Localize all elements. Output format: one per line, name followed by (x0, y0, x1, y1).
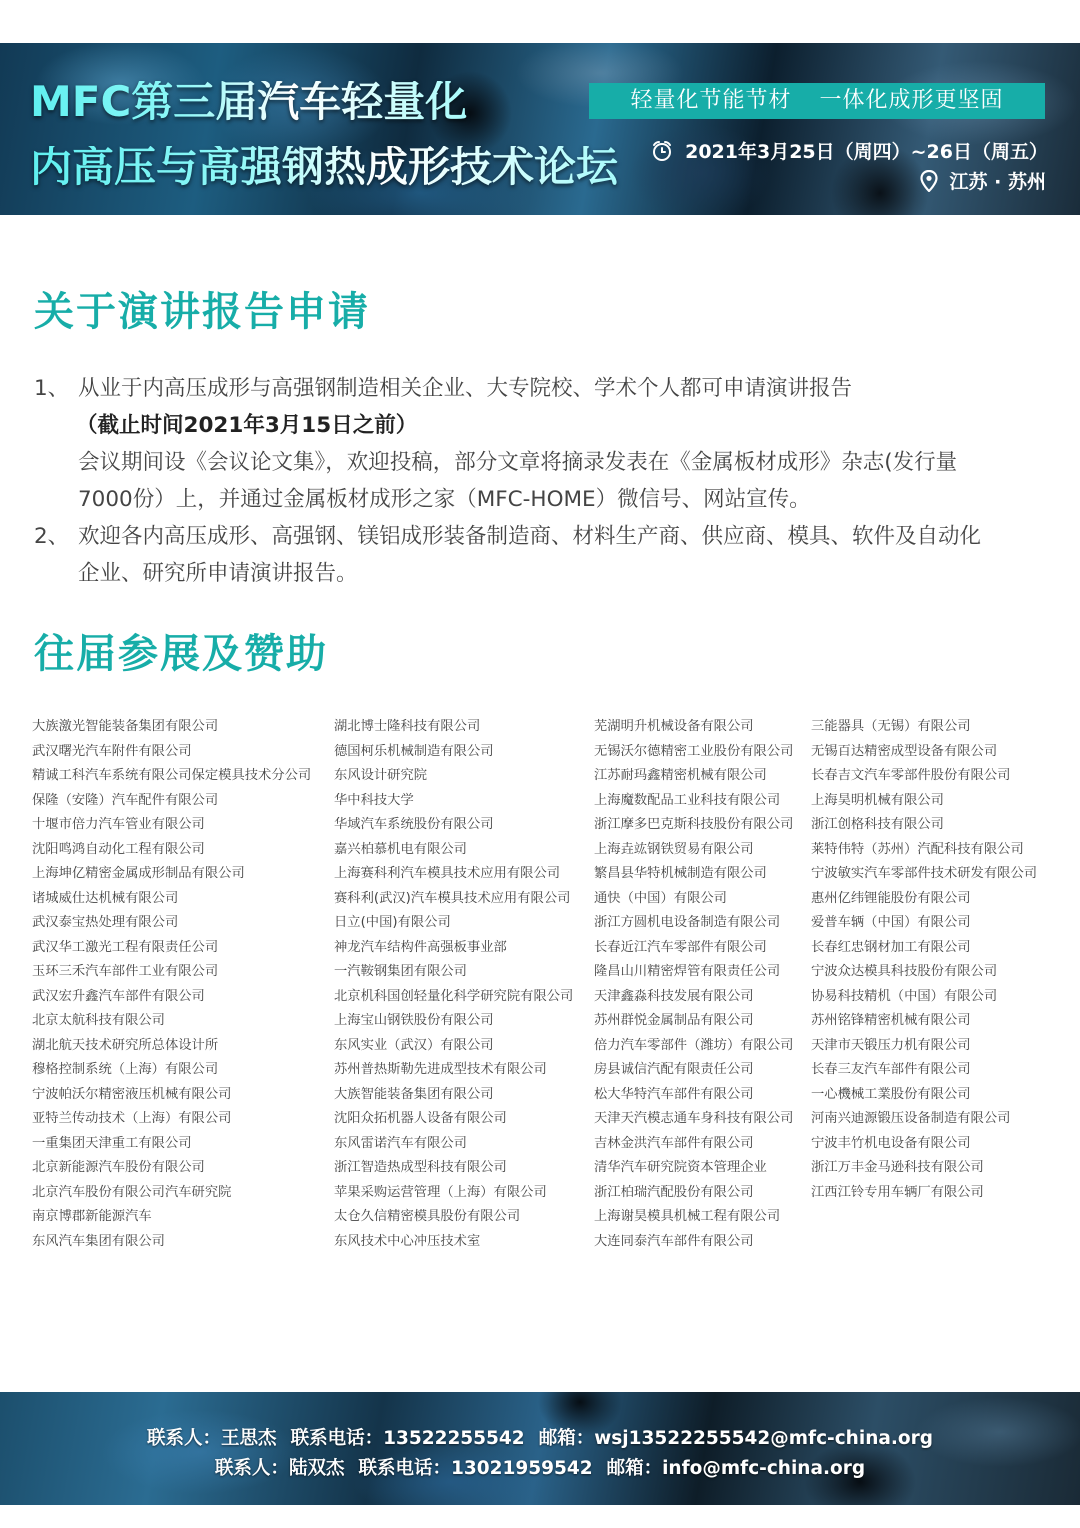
sponsor-company: 赛科利(武汉)汽车模具技术应用有限公司 (334, 887, 573, 912)
sponsor-column-1: 大族激光智能装备集团有限公司武汉曙光汽车附件有限公司精诚工科汽车系统有限公司保定… (32, 715, 311, 1254)
sponsor-company: 一心機械工業股份有限公司 (811, 1083, 1037, 1108)
sponsor-company: 惠州亿纬锂能股份有限公司 (811, 887, 1037, 912)
sponsor-company: 十堰市倍力汽车管业有限公司 (32, 813, 311, 838)
event-date: 2021年3月25日（周四）~26日（周五） (651, 137, 1048, 164)
sponsor-company: 宁波敏实汽车零部件技术研发有限公司 (811, 862, 1037, 887)
sponsor-company: 宁波帕沃尔精密液压机械有限公司 (32, 1083, 311, 1108)
sponsor-company: 倍力汽车零部件（潍坊）有限公司 (594, 1034, 793, 1059)
contact-footer: 联系人：王思杰联系电话：13522255542邮箱：wsj13522255542… (0, 1392, 1080, 1505)
sponsor-company: 东风汽车集团有限公司 (32, 1230, 311, 1255)
deadline-note: （截止时间2021年3月15日之前） (34, 407, 1054, 444)
item-number: 2、 (34, 518, 78, 555)
sponsor-company: 松大华特汽车部件有限公司 (594, 1083, 793, 1108)
sponsor-company: 通快（中国）有限公司 (594, 887, 793, 912)
sponsor-company: 长春三友汽车部件有限公司 (811, 1058, 1037, 1083)
slogan-1: 轻量化节能节材 (630, 83, 791, 119)
sponsor-company: 天津天汽模志通车身科技有限公司 (594, 1107, 793, 1132)
sponsor-company: 北京汽车股份有限公司汽车研究院 (32, 1181, 311, 1206)
sponsor-company: 东风技术中心冲压技术室 (334, 1230, 573, 1255)
sponsor-company: 苹果采购运营管理（上海）有限公司 (334, 1181, 573, 1206)
sponsor-column-4: 三能器具（无锡）有限公司无锡百达精密成型设备有限公司长春吉文汽车零部件股份有限公… (811, 715, 1037, 1205)
speech-item-2: 2、欢迎各内高压成形、高强钢、镁铝成形装备制造商、材料生产商、供应商、模具、软件… (34, 518, 1054, 555)
forum-title-line1: MFC第三届汽车轻量化 (30, 81, 467, 123)
proceedings-note-line2: 7000份）上，并通过金属板材成形之家（MFC-HOME）微信号、网站宣传。 (34, 481, 1054, 518)
sponsor-company: 三能器具（无锡）有限公司 (811, 715, 1037, 740)
sponsor-company: 大族激光智能装备集团有限公司 (32, 715, 311, 740)
contact-line-2: 联系人：陆双杰联系电话：13021959542邮箱：info@mfc-china… (0, 1454, 1080, 1480)
speech-section-title: 关于演讲报告申请 (34, 280, 370, 337)
sponsor-company: 沈阳众拓机器人设备有限公司 (334, 1107, 573, 1132)
sponsor-company: 上海谢昊模具机械工程有限公司 (594, 1205, 793, 1230)
sponsor-company: 玉环三禾汽车部件工业有限公司 (32, 960, 311, 985)
sponsor-company: 大连同泰汽车部件有限公司 (594, 1230, 793, 1255)
sponsor-company: 一重集团天津重工有限公司 (32, 1132, 311, 1157)
sponsor-company: 宁波众达模具科技股份有限公司 (811, 960, 1037, 985)
contact-phone-label: 联系电话： (291, 1428, 384, 1449)
sponsor-company: 繁昌县华特机械制造有限公司 (594, 862, 793, 887)
sponsor-company: 日立(中国)有限公司 (334, 911, 573, 936)
speech-application-info: 1、从业于内高压成形与高强钢制造相关企业、大专院校、学术个人都可申请演讲报告 （… (34, 370, 1054, 592)
sponsor-company: 东风实业（武汉）有限公司 (334, 1034, 573, 1059)
sponsor-company: 武汉曙光汽车附件有限公司 (32, 740, 311, 765)
sponsor-company: 北京机科国创轻量化科学研究院有限公司 (334, 985, 573, 1010)
sponsor-company: 东风雷诺汽车有限公司 (334, 1132, 573, 1157)
sponsor-company: 诸城威仕达机械有限公司 (32, 887, 311, 912)
contact-person-label: 联系人： (147, 1428, 221, 1449)
sponsor-company: 上海宝山钢铁股份有限公司 (334, 1009, 573, 1034)
sponsor-company: 房县诚信汽配有限责任公司 (594, 1058, 793, 1083)
proceedings-note-line1: 会议期间设《会议论文集》，欢迎投稿，部分文章将摘录发表在《金属板材成形》杂志(发… (34, 444, 1054, 481)
sponsor-company: 上海坤亿精密金属成形制品有限公司 (32, 862, 311, 887)
sponsor-company: 苏州群悦金属制品有限公司 (594, 1009, 793, 1034)
sponsor-company: 爱普车辆（中国）有限公司 (811, 911, 1037, 936)
sponsor-company: 隆昌山川精密焊管有限责任公司 (594, 960, 793, 985)
sponsor-company: 上海魔数配品工业科技有限公司 (594, 789, 793, 814)
sponsor-company: 天津鑫淼科技发展有限公司 (594, 985, 793, 1010)
sponsor-company: 亚特兰传动技术（上海）有限公司 (32, 1107, 311, 1132)
sponsor-company: 浙江万丰金马逊科技有限公司 (811, 1156, 1037, 1181)
contact-person-label: 联系人： (215, 1458, 289, 1479)
sponsor-company: 河南兴迪源锻压设备制造有限公司 (811, 1107, 1037, 1132)
sponsor-company: 武汉华工激光工程有限责任公司 (32, 936, 311, 961)
sponsor-company: 武汉泰宝热处理有限公司 (32, 911, 311, 936)
sponsor-company: 一汽鞍钢集团有限公司 (334, 960, 573, 985)
item-number: 1、 (34, 370, 78, 407)
sponsor-company: 浙江柏瑞汽配股份有限公司 (594, 1181, 793, 1206)
sponsor-company: 宁波丰竹机电设备有限公司 (811, 1132, 1037, 1157)
sponsor-company: 浙江创格科技有限公司 (811, 813, 1037, 838)
sponsor-company: 吉林金洪汽车部件有限公司 (594, 1132, 793, 1157)
event-date-text: 2021年3月25日（周四）~26日（周五） (685, 137, 1048, 164)
sponsor-company: 北京新能源汽车股份有限公司 (32, 1156, 311, 1181)
sponsor-column-3: 芜湖明升机械设备有限公司无锡沃尔德精密工业股份有限公司江苏耐玛鑫精密机械有限公司… (594, 715, 793, 1254)
sponsor-company: 南京博郡新能源汽车 (32, 1205, 311, 1230)
contact-email[interactable]: info@mfc-china.org (662, 1458, 865, 1479)
sponsor-company: 嘉兴柏慕机电有限公司 (334, 838, 573, 863)
sponsor-company: 武汉宏升鑫汽车部件有限公司 (32, 985, 311, 1010)
header-banner: MFC第三届汽车轻量化 内高压与高强钢热成形技术论坛 轻量化节能节材 一体化成形… (0, 43, 1080, 215)
sponsors-section-title: 往届参展及赞助 (34, 622, 328, 679)
sponsor-company: 无锡百达精密成型设备有限公司 (811, 740, 1037, 765)
contact-phone: 13522255542 (383, 1428, 525, 1449)
slogan-banner: 轻量化节能节材 一体化成形更坚固 (589, 83, 1045, 119)
sponsor-company: 浙江智造热成型科技有限公司 (334, 1156, 573, 1181)
contact-phone: 13021959542 (451, 1458, 593, 1479)
sponsor-column-2: 湖北博士隆科技有限公司德国柯乐机械制造有限公司东风设计研究院华中科技大学华域汽车… (334, 715, 573, 1254)
contact-person: 王思杰 (221, 1428, 277, 1449)
sponsor-company: 北京太航科技有限公司 (32, 1009, 311, 1034)
sponsor-company: 江苏耐玛鑫精密机械有限公司 (594, 764, 793, 789)
event-location: 江苏 · 苏州 (920, 167, 1046, 194)
sponsor-company: 上海赛科利汽车模具技术应用有限公司 (334, 862, 573, 887)
sponsor-company: 无锡沃尔德精密工业股份有限公司 (594, 740, 793, 765)
sponsor-company: 湖北航天技术研究所总体设计所 (32, 1034, 311, 1059)
sponsor-company: 浙江摩多巴克斯科技股份有限公司 (594, 813, 793, 838)
sponsor-company: 上海垚竑钢铁贸易有限公司 (594, 838, 793, 863)
sponsor-company: 大族智能装备集团有限公司 (334, 1083, 573, 1108)
sponsor-company: 清华汽车研究院资本管理企业 (594, 1156, 793, 1181)
sponsor-company: 浙江方圆机电设备制造有限公司 (594, 911, 793, 936)
sponsor-company: 华中科技大学 (334, 789, 573, 814)
speech-item-2-line2: 企业、研究所申请演讲报告。 (34, 555, 1054, 592)
sponsor-company: 精诚工科汽车系统有限公司保定模具技术分公司 (32, 764, 311, 789)
forum-title-line2: 内高压与高强钢热成形技术论坛 (30, 146, 618, 188)
sponsor-company: 德国柯乐机械制造有限公司 (334, 740, 573, 765)
sponsor-company: 湖北博士隆科技有限公司 (334, 715, 573, 740)
sponsor-company: 上海昊明机械有限公司 (811, 789, 1037, 814)
sponsor-company: 江西江铃专用车辆厂有限公司 (811, 1181, 1037, 1206)
sponsor-company: 长春红忠钢材加工有限公司 (811, 936, 1037, 961)
slogan-2: 一体化成形更坚固 (820, 83, 1004, 119)
sponsor-company: 天津市天锻压力机有限公司 (811, 1034, 1037, 1059)
contact-email-label: 邮箱： (607, 1458, 663, 1479)
sponsor-company: 协易科技精机（中国）有限公司 (811, 985, 1037, 1010)
sponsor-company: 太仓久信精密模具股份有限公司 (334, 1205, 573, 1230)
contact-email-label: 邮箱： (539, 1428, 595, 1449)
sponsor-company: 芜湖明升机械设备有限公司 (594, 715, 793, 740)
sponsor-company: 保隆（安隆）汽车配件有限公司 (32, 789, 311, 814)
speech-item-1: 1、从业于内高压成形与高强钢制造相关企业、大专院校、学术个人都可申请演讲报告 (34, 370, 1054, 407)
clock-icon (651, 140, 673, 162)
contact-person: 陆双杰 (289, 1458, 345, 1479)
contact-line-1: 联系人：王思杰联系电话：13522255542邮箱：wsj13522255542… (0, 1424, 1080, 1450)
sponsor-company: 神龙汽车结构件高强板事业部 (334, 936, 573, 961)
sponsor-company: 东风设计研究院 (334, 764, 573, 789)
sponsor-company: 穆格控制系统（上海）有限公司 (32, 1058, 311, 1083)
sponsor-company: 华域汽车系统股份有限公司 (334, 813, 573, 838)
contact-email[interactable]: wsj13522255542@mfc-china.org (594, 1428, 933, 1449)
sponsor-company: 苏州铭锋精密机械有限公司 (811, 1009, 1037, 1034)
contact-phone-label: 联系电话： (358, 1458, 451, 1479)
sponsor-company: 莱特伟特（苏州）汽配科技有限公司 (811, 838, 1037, 863)
map-pin-icon (920, 170, 938, 192)
sponsor-company: 长春近江汽车零部件有限公司 (594, 936, 793, 961)
item-text: 从业于内高压成形与高强钢制造相关企业、大专院校、学术个人都可申请演讲报告 (78, 376, 852, 401)
sponsor-company: 苏州普热斯勒先进成型技术有限公司 (334, 1058, 573, 1083)
item-text: 欢迎各内高压成形、高强钢、镁铝成形装备制造商、材料生产商、供应商、模具、软件及自… (78, 524, 981, 549)
event-location-text: 江苏 · 苏州 (950, 167, 1046, 194)
sponsor-company: 长春吉文汽车零部件股份有限公司 (811, 764, 1037, 789)
sponsor-company: 沈阳鸣鸿自动化工程有限公司 (32, 838, 311, 863)
